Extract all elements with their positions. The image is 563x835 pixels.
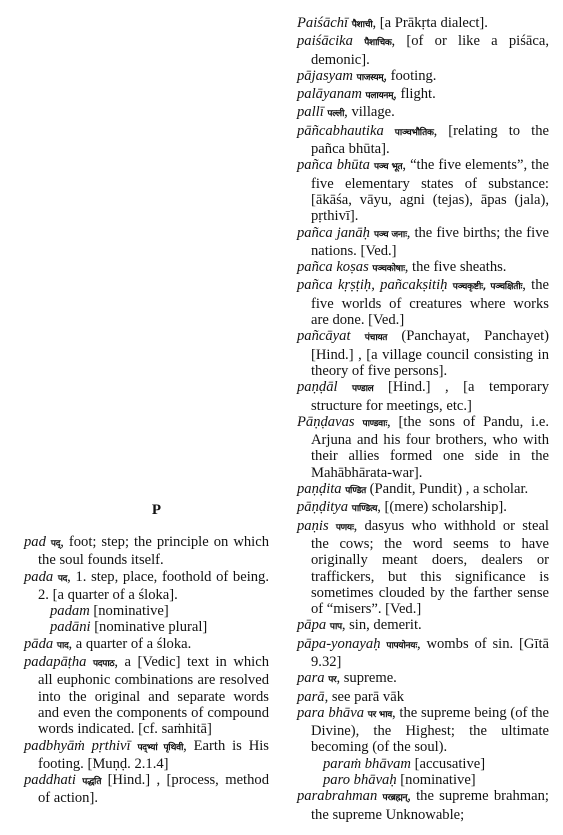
entry-headword: padbhyāṁ pṛthivī (24, 738, 131, 754)
entry-headword: para (297, 670, 325, 686)
dictionary-entry: padāni [nominative plural] (24, 619, 269, 635)
entry-devanagari: पंचायत (365, 333, 387, 343)
entry-devanagari: पैशाचिक (364, 38, 391, 48)
dictionary-entry: paiśācika पैशाचिक, [of or like a piśāca,… (297, 33, 549, 68)
entry-headword: pañca koṣas (297, 259, 369, 275)
entry-definition: , foot; step; the principle on which the… (38, 534, 269, 568)
entry-definition: , supreme. (336, 670, 396, 686)
entry-headword: parabrahman (297, 788, 377, 804)
dictionary-entry: pada पद, 1. step, place, foothold of bei… (24, 569, 269, 604)
dictionary-entry: para पर, supreme. (297, 670, 549, 688)
entry-headword: palāyanam (297, 86, 362, 102)
entry-definition: , sin, demerit. (342, 617, 422, 633)
entry-headword: Paiśāchī (297, 15, 348, 31)
entry-definition: , 1. step, place, foothold of being. 2. … (38, 569, 269, 603)
entry-headword: pañca janāḥ (297, 225, 370, 241)
dictionary-entry: pañcāyat पंचायत (Panchayat, Panchayet) [… (297, 328, 549, 379)
dictionary-entry: pājasyam पाजस्यम्, footing. (297, 68, 549, 86)
dictionary-entry: Pāṇḍavas पाण्डवाः, [the sons of Pandu, i… (297, 414, 549, 481)
entry-devanagari: पद (58, 574, 67, 584)
entry-headword: pājasyam (297, 68, 353, 84)
dictionary-entry: paro bhāvaḥ [nominative] (297, 772, 549, 788)
entry-definition: [nominative] (90, 603, 169, 619)
dictionary-entry: paṇḍāl पण्डाल [Hind.] , [a temporary str… (297, 379, 549, 414)
entry-definition: , [a Prākṛta dialect]. (372, 15, 487, 31)
entry-devanagari: पण्डाल (352, 384, 373, 394)
entry-headword: pallī (297, 104, 324, 120)
entry-devanagari: पञ्चकोषाः (372, 264, 404, 274)
dictionary-entry: Paiśāchī पैशाची, [a Prākṛta dialect]. (297, 15, 549, 33)
entry-headword: para bhāva (297, 705, 364, 721)
dictionary-entry: pāpa-yonayaḥ पापयोनयः, wombs of sin. [Gī… (297, 636, 549, 671)
entry-headword: paṇḍita (297, 481, 342, 497)
entry-definition: [Hind.] , [a temporary structure for mee… (311, 379, 549, 413)
dictionary-entry: pañca kṛṣṭiḥ, pañcakṣitiḥ पञ्चकृष्टीः, प… (297, 277, 549, 328)
dictionary-entry: pallī पल्ली, village. (297, 104, 549, 122)
entry-definition: , flight. (393, 86, 436, 102)
dictionary-entry: padapāṭha पदपाठ, a [Vedic] text in which… (24, 654, 269, 737)
entry-devanagari: पद् (51, 539, 60, 549)
entry-headword: pāpa-yonayaḥ (297, 636, 381, 652)
entry-headword: parā (297, 689, 325, 705)
dictionary-entry: paraṁ bhāvam [accusative] (297, 756, 549, 772)
dictionary-entry: pañca bhūta पञ्च भूत, “the five elements… (297, 157, 549, 224)
entry-devanagari: पञ्च भूत (374, 162, 402, 172)
entry-headword: pañca kṛṣṭiḥ, pañcakṣitiḥ (297, 277, 447, 293)
entry-devanagari: पद्भ्यां पृथिवी (137, 743, 183, 753)
entry-devanagari: पापयोनयः (386, 641, 417, 651)
entry-headword: padam (50, 603, 90, 619)
entry-definition: , a quarter of a śloka. (68, 636, 191, 652)
entry-devanagari: पैशाची (352, 20, 373, 30)
entry-headword: pāñcabhautika (297, 123, 384, 139)
entry-devanagari: पाण्डित्य (352, 504, 378, 514)
entry-headword: paṇḍāl (297, 379, 338, 395)
entry-devanagari: पद्धति (82, 777, 101, 787)
dictionary-entry: paṇis पणयः, dasyus who withhold or steal… (297, 518, 549, 618)
dictionary-entry: pad पद्, foot; step; the principle on wh… (24, 534, 269, 569)
section-letter-heading: P (24, 500, 269, 534)
entry-devanagari: पाण्डवाः (362, 419, 387, 429)
dictionary-entry: pāda पाद, a quarter of a śloka. (24, 636, 269, 654)
entry-headword: padapāṭha (24, 654, 86, 670)
entry-definition: , the five sheaths. (405, 259, 507, 275)
entry-devanagari: परब्रह्मन् (383, 793, 408, 803)
entry-headword: paraṁ bhāvam (323, 756, 411, 772)
entry-devanagari: पणयः (336, 523, 354, 533)
dictionary-entry: parā, see parā vāk (297, 689, 549, 705)
entry-definition: [nominative] (397, 772, 476, 788)
dictionary-entry: paddhati पद्धति [Hind.] , [process, meth… (24, 772, 269, 807)
entry-headword: paiśācika (297, 33, 353, 49)
entry-definition: , [(mere) scholarship]. (377, 499, 507, 515)
entry-definition: [accusative] (411, 756, 485, 772)
entry-headword: pañcāyat (297, 328, 351, 344)
entry-headword: pāpa (297, 617, 326, 633)
dictionary-entry: para bhāva पर भाव, the supreme being (of… (297, 705, 549, 756)
entry-devanagari: पर भाव (368, 710, 392, 720)
entry-headword: pāṇḍitya (297, 499, 348, 515)
dictionary-entry: pañca janāḥ पञ्च जनाः, the five births; … (297, 225, 549, 260)
entry-headword: pāda (24, 636, 53, 652)
right-column: Paiśāchī पैशाची, [a Prākṛta dialect].pai… (297, 15, 549, 823)
entry-devanagari: पलायनम् (366, 91, 394, 101)
entry-devanagari: पल्ली (327, 109, 344, 119)
entry-headword: paṇis (297, 518, 329, 534)
entry-definition: [nominative plural] (91, 619, 208, 635)
left-entry-list: pad पद्, foot; step; the principle on wh… (24, 534, 269, 807)
entry-definition: , see parā vāk (325, 689, 404, 705)
dictionary-entry: palāyanam पलायनम्, flight. (297, 86, 549, 104)
entry-definition: (Pandit, Pundit) , a scholar. (366, 481, 528, 497)
entry-headword: Pāṇḍavas (297, 414, 355, 430)
entry-definition: , village. (344, 104, 395, 120)
entry-definition: , footing. (383, 68, 436, 84)
entry-headword: paro bhāvaḥ (323, 772, 397, 788)
dictionary-entry: parabrahman परब्रह्मन्, the supreme brah… (297, 788, 549, 823)
entry-headword: padāni (50, 619, 91, 635)
entry-headword: pad (24, 534, 46, 550)
entry-headword: paddhati (24, 772, 76, 788)
entry-devanagari: पदपाठ (93, 659, 114, 669)
dictionary-entry: pāṇḍitya पाण्डित्य, [(mere) scholarship]… (297, 499, 549, 517)
entry-headword: pañca bhūta (297, 157, 370, 173)
dictionary-entry: padam [nominative] (24, 603, 269, 619)
left-column: P pad पद्, foot; step; the principle on … (24, 500, 269, 807)
entry-headword: pada (24, 569, 53, 585)
entry-devanagari: पण्डित (345, 486, 366, 496)
entry-devanagari: पाञ्चभौतिक (395, 128, 434, 138)
dictionary-entry: padbhyāṁ pṛthivī पद्भ्यां पृथिवी, Earth … (24, 738, 269, 773)
entry-devanagari: पाप (330, 622, 342, 632)
dictionary-entry: pāñcabhautika पाञ्चभौतिक, [relating to t… (297, 123, 549, 158)
entry-devanagari: पाद (57, 641, 69, 651)
right-entry-list: Paiśāchī पैशाची, [a Prākṛta dialect].pai… (297, 15, 549, 823)
entry-devanagari: पाजस्यम् (357, 73, 384, 83)
dictionary-entry: pañca koṣas पञ्चकोषाः, the five sheaths. (297, 259, 549, 277)
entry-devanagari: पञ्च जनाः (374, 230, 407, 240)
dictionary-entry: paṇḍita पण्डित (Pandit, Pundit) , a scho… (297, 481, 549, 499)
dictionary-entry: pāpa पाप, sin, demerit. (297, 617, 549, 635)
entry-devanagari: पञ्चकृष्टीः, पञ्चक्षितीः (453, 282, 522, 292)
